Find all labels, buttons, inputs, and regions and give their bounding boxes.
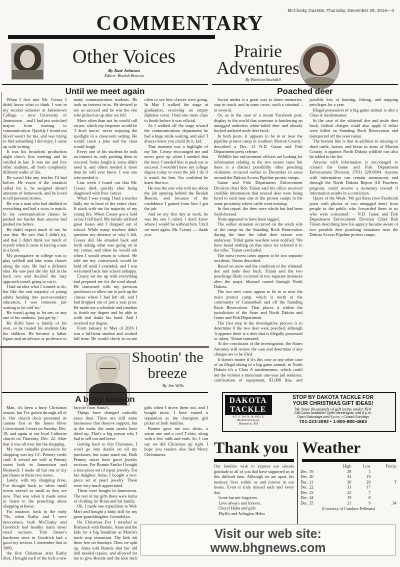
- article-paragraph: Quote of the Week: 'We got these (two Fa…: [310, 196, 399, 238]
- headline-a-busy-season: A busy season: [0, 394, 210, 404]
- article-paragraph: I had an idea what I wanted to do, but l…: [3, 284, 67, 310]
- website-promo-line1: Visit our web site:: [141, 527, 395, 541]
- article-paragraph: My prerogative in college was to play so…: [3, 253, 67, 284]
- article-paragraph: He was a man who had dabbled in everythi…: [3, 201, 67, 227]
- signature-line: Phyllis and Arlington Helm: [214, 511, 294, 516]
- article-paragraph: For instance, back in the early '70s, wh…: [3, 509, 67, 551]
- article-paragraph: He didn't expect much of me, he saw that…: [3, 227, 67, 253]
- other-voices-article: When I first met Mr. Creasy I didn't kno…: [3, 97, 208, 345]
- article-paragraph: The earlier situation occurred on the so…: [214, 222, 303, 253]
- weather-row: Dec. 25219.34: [300, 501, 397, 506]
- prairie-article: Social media is a great way to share mem…: [214, 97, 398, 390]
- thank-you-title: Thank you: [214, 440, 288, 458]
- article-paragraph: He was the one who told me about the job…: [144, 185, 208, 211]
- website-promo-line2: www.bhgnews.com: [141, 541, 395, 555]
- article-paragraph: That moment was a highlight of my life. …: [144, 144, 208, 186]
- weather-courtesy: (Courtesy of Candace Pollman): [300, 507, 397, 512]
- page-title: COMMENTARY: [0, 11, 360, 36]
- article-paragraph: Game and Fish Department Enforcement Div…: [214, 180, 303, 206]
- dakota-tackle-ad: DAKOTA TACKLE 417 S. 3rd St. & 3001 E. B…: [222, 392, 396, 432]
- weather-title: Weather: [302, 440, 361, 458]
- weather-cell: Dec. 25: [300, 501, 331, 506]
- article-paragraph: Anyone with information is encouraged to…: [310, 159, 399, 195]
- weather-cell: 21: [331, 501, 352, 506]
- article-paragraph: He wasn't going to let me, or any one of…: [3, 310, 67, 320]
- article-paragraph: The most recent cases appear to be two s…: [214, 253, 303, 263]
- article-paragraph: When I first met Mr. Creasy I didn't kno…: [3, 97, 67, 149]
- photo-shoulders: [12, 70, 43, 79]
- article-paragraph: It was his broadcast production night cl…: [3, 149, 67, 175]
- rule: [2, 84, 208, 85]
- article-paragraph: And on my first day at work, he was the …: [144, 211, 208, 237]
- ad-address-line2: Bismarck Expwy: [225, 418, 272, 422]
- article-paragraph: When I was young I had a teacher bully m…: [74, 196, 138, 274]
- other-voices-byline-block: By Kate Johnson Editor: Beulah Beacon: [44, 68, 204, 88]
- article-paragraph: Or, as in the case of a recent Facebook …: [214, 113, 303, 134]
- section-title-prairie-2: Adventures: [208, 58, 308, 79]
- article-paragraph: As I walked off the stage toward the com…: [144, 123, 208, 144]
- section-title-shootin-1: Shootin' the: [125, 350, 210, 367]
- ad-headline-2: YOUR CHRISTMAS GIFT IDEAS!: [272, 400, 394, 406]
- ad-headline-1: STOP BY DAKOTA TACKLE FOR: [272, 395, 394, 401]
- masthead-rule: [8, 35, 215, 39]
- ad-logo-line1: DAKOTA: [225, 396, 272, 405]
- section-title-shootin-2: breeze: [125, 366, 210, 383]
- rule: [2, 392, 208, 393]
- headline-until-we-meet-again: Until we meet again: [0, 86, 210, 96]
- article-paragraph: The bottom line is that in addition to m…: [310, 139, 399, 160]
- article-paragraph: Creasy set me up with everything and pre…: [74, 274, 138, 326]
- weather-rule: [302, 459, 396, 462]
- article-paragraph: The first step in the investigative proc…: [214, 320, 303, 341]
- ad-subline: We have thousands of gift items under $1…: [272, 406, 394, 411]
- article-paragraph: Bonnie gave me two shirts, a warm one an…: [144, 426, 208, 457]
- article-paragraph: Based on snow and the condition of the w…: [214, 263, 303, 289]
- article-paragraph: Our families wish to express our sincere…: [214, 464, 294, 496]
- prairie-byline: By Patricia Stockdill: [208, 77, 318, 82]
- newspaper-page: McClusky Gazette, Thursday, December 29,…: [0, 0, 400, 567]
- weather-table: HighLowPrecip Dec. 19281Dec. 203319Dec. …: [300, 464, 397, 506]
- section-divider: [0, 346, 209, 348]
- notice-divider: [297, 442, 298, 524]
- article-paragraph: More often than not he would call on me,…: [74, 118, 138, 149]
- article-paragraph: In that report, the deer were whole but …: [214, 206, 303, 216]
- article-paragraph: At the conclusion of the investigation, …: [214, 341, 303, 357]
- dakota-tackle-logo: DAKOTA TACKLE 417 S. 3rd St. & 3001 E. B…: [225, 395, 272, 430]
- ad-address: 417 S. 3rd St. & 3001 E. Bismarck Expwy …: [225, 415, 272, 428]
- article-paragraph: My most valuable possession for shopping…: [3, 447, 67, 478]
- ad-hours-1: Gift Cards Available! Open weeknights un…: [272, 411, 394, 415]
- ad-logo-line2: TACKLE: [225, 405, 272, 414]
- photo-face: [310, 52, 329, 75]
- photo-face: [98, 361, 118, 383]
- article-paragraph: The two new cases appear to be in or nea…: [214, 289, 303, 320]
- article-paragraph: These were bought in Jamestown. The rest…: [74, 488, 138, 504]
- weather-cell: 9: [352, 501, 371, 506]
- other-voices-columnist-photo: [12, 44, 43, 79]
- weather-cell: .34: [371, 501, 397, 506]
- article-paragraph: In both posts, it 'appears to be in or n…: [214, 133, 303, 154]
- ad-address-line1: 417 S. 3rd St. & 3001 E.: [225, 415, 272, 419]
- article-paragraph: Lately, with my shopping done, I've thou…: [3, 478, 67, 509]
- ad-hours-2: Open Saturdays until 5 p.m. • Closed Sun…: [272, 415, 394, 419]
- article-paragraph: Last week I found out that Mr. Creasy di…: [74, 180, 138, 196]
- thank-you-body: Our families wish to express our sincere…: [214, 464, 294, 524]
- photo-face: [20, 50, 35, 68]
- article-paragraph: In the case of the whitetail doe and mul…: [310, 118, 399, 139]
- page-edge-rule: [1, 92, 2, 560]
- ad-address-line3: Bismarck, ND: [225, 422, 272, 426]
- article-paragraph: Every one of his students he took an int…: [74, 149, 138, 180]
- weather-section: HighLowPrecip Dec. 19281Dec. 203319Dec. …: [300, 464, 397, 526]
- other-voices-byline2: Editor: Beulah Beacon: [44, 73, 204, 78]
- article-paragraph: Man, it's been a busy Christmas season, …: [3, 405, 67, 447]
- section-title-other-voices: Other Voices: [44, 46, 204, 69]
- photo-glasses: [100, 368, 116, 372]
- shootin-byline: By Jim Wills: [135, 383, 210, 388]
- ad-copy: STOP BY DAKOTA TACKLE FOR YOUR CHRISTMAS…: [272, 395, 394, 430]
- headline-poached-deer: Poached deer: [212, 86, 398, 96]
- article-paragraph: Things have changed radically since then…: [74, 410, 138, 441]
- article-paragraph: Illegal possession of a big game animal …: [310, 107, 399, 117]
- rule: [212, 84, 398, 85]
- article-paragraph: Social media is a great way to share mem…: [214, 97, 303, 113]
- article-paragraph: Oh, I made one expedition to Wal-Mart an…: [74, 504, 138, 520]
- article-paragraph: He wasn't like any teacher I'd had befor…: [3, 175, 67, 201]
- thank-you-rule: [214, 459, 294, 462]
- ad-phone: 701-223-3092 • 1-800-880-4683: [272, 419, 394, 425]
- article-paragraph: Getting back to this Christmas, I won't …: [74, 441, 138, 488]
- website-promo-box: Visit our web site: www.bhgnews.com: [140, 524, 396, 556]
- article-paragraph: Wildlife law enforcement officers are lo…: [214, 154, 303, 180]
